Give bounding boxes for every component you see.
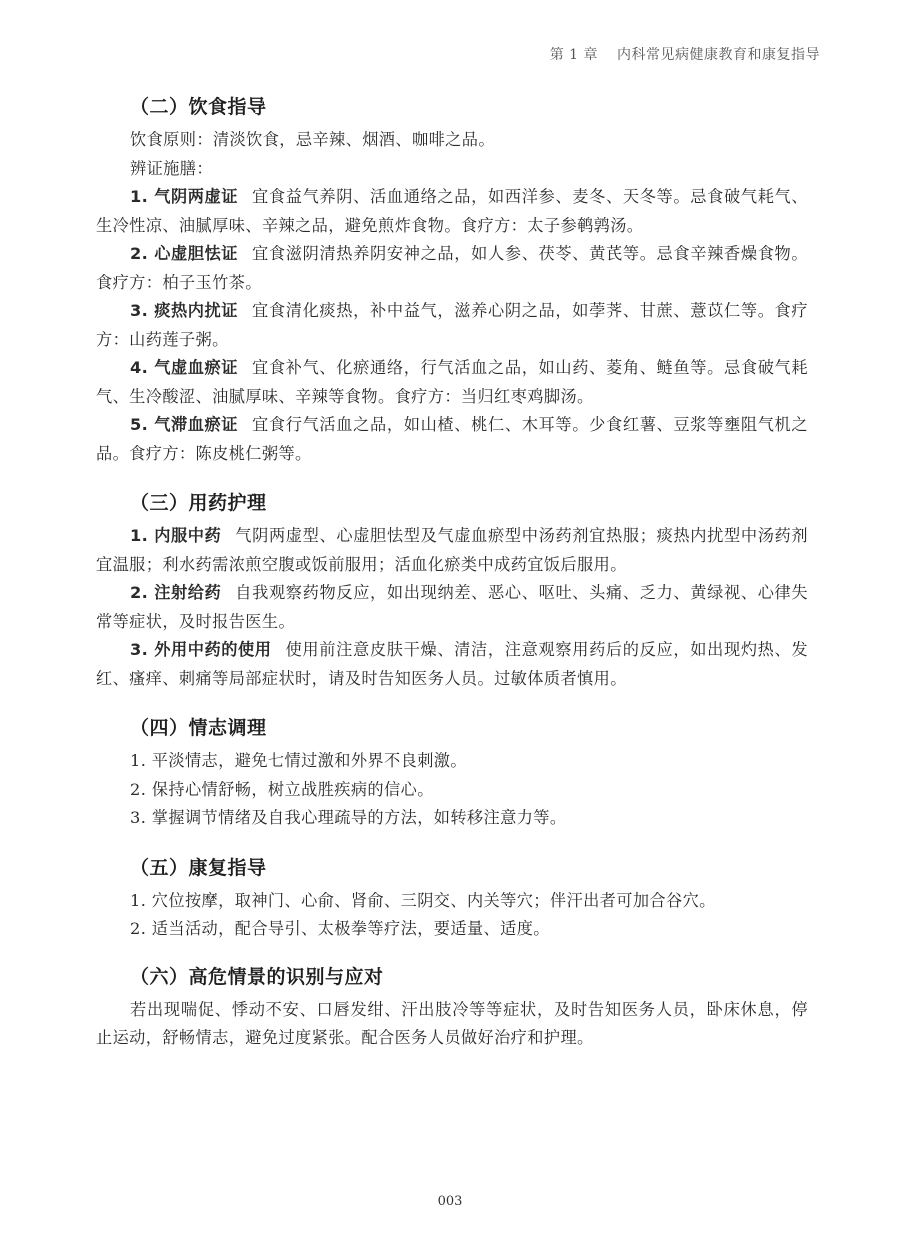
list-item: 2. 保持心情舒畅，树立战胜疾病的信心。 [96, 776, 808, 805]
list-item: 4. 气虚血瘀证宜食补气、化瘀通络，行气活血之品，如山药、菱角、鲢鱼等。忌食破气… [96, 354, 808, 411]
list-item: 2. 心虚胆怯证宜食滋阴清热养阴安神之品，如人参、茯苓、黄芪等。忌食辛辣香燥食物… [96, 240, 808, 297]
item-lead: 2. 注射给药 [130, 583, 221, 602]
list-item: 3. 掌握调节情绪及自我心理疏导的方法，如转移注意力等。 [96, 804, 808, 833]
paragraph: 饮食原则：清淡饮食，忌辛辣、烟酒、咖啡之品。 [96, 126, 808, 155]
list-item: 2. 适当活动，配合导引、太极拳等疗法，要适量、适度。 [96, 915, 808, 944]
list-item: 1. 内服中药气阴两虚型、心虚胆怯型及气虚血瘀型中汤药剂宜热服；痰热内扰型中汤药… [96, 522, 808, 579]
list-item: 2. 注射给药自我观察药物反应，如出现纳差、恶心、呕吐、头痛、乏力、黄绿视、心律… [96, 579, 808, 636]
section-diet: （二）饮食指导 饮食原则：清淡饮食，忌辛辣、烟酒、咖啡之品。 辨证施膳： 1. … [96, 92, 808, 468]
list-item: 1. 平淡情志，避免七情过激和外界不良刺激。 [96, 747, 808, 776]
item-lead: 2. 心虚胆怯证 [130, 244, 238, 263]
list-item: 3. 外用中药的使用使用前注意皮肤干燥、清洁，注意观察用药后的反应，如出现灼热、… [96, 636, 808, 693]
chapter-label: 第 1 章 [550, 47, 598, 63]
item-lead: 5. 气滞血瘀证 [130, 415, 238, 434]
section-risk: （六）高危情景的识别与应对 若出现喘促、悸动不安、口唇发绀、汗出肢冷等等症状，及… [96, 962, 808, 1053]
item-lead: 1. 气阴两虚证 [130, 187, 238, 206]
section-heading: （二）饮食指导 [96, 92, 808, 122]
section-heading: （六）高危情景的识别与应对 [96, 962, 808, 992]
section-heading: （三）用药护理 [96, 488, 808, 518]
item-lead: 3. 痰热内扰证 [130, 301, 238, 320]
page-content: （二）饮食指导 饮食原则：清淡饮食，忌辛辣、烟酒、咖啡之品。 辨证施膳： 1. … [96, 92, 808, 1053]
page-number: 003 [0, 1194, 900, 1209]
chapter-title: 内科常见病健康教育和康复指导 [617, 47, 820, 63]
list-item: 1. 穴位按摩，取神门、心俞、肾俞、三阴交、内关等穴；伴汗出者可加合谷穴。 [96, 887, 808, 916]
list-item: 3. 痰热内扰证宜食清化痰热，补中益气，滋养心阴之品，如荸荠、甘蔗、薏苡仁等。食… [96, 297, 808, 354]
item-lead: 3. 外用中药的使用 [130, 640, 272, 659]
list-item: 5. 气滞血瘀证宜食行气活血之品，如山楂、桃仁、木耳等。少食红薯、豆浆等壅阻气机… [96, 411, 808, 468]
paragraph: 辨证施膳： [96, 155, 808, 184]
section-heading: （四）情志调理 [96, 713, 808, 743]
item-lead: 1. 内服中药 [130, 526, 221, 545]
section-emotion: （四）情志调理 1. 平淡情志，避免七情过激和外界不良刺激。 2. 保持心情舒畅… [96, 713, 808, 833]
section-heading: （五）康复指导 [96, 853, 808, 883]
item-lead: 4. 气虚血瘀证 [130, 358, 238, 377]
section-rehab: （五）康复指导 1. 穴位按摩，取神门、心俞、肾俞、三阴交、内关等穴；伴汗出者可… [96, 853, 808, 944]
list-item: 1. 气阴两虚证宜食益气养阴、活血通络之品，如西洋参、麦冬、天冬等。忌食破气耗气… [96, 183, 808, 240]
section-medication: （三）用药护理 1. 内服中药气阴两虚型、心虚胆怯型及气虚血瘀型中汤药剂宜热服；… [96, 488, 808, 693]
running-header: 第 1 章 内科常见病健康教育和康复指导 [550, 44, 820, 64]
paragraph: 若出现喘促、悸动不安、口唇发绀、汗出肢冷等等症状，及时告知医务人员，卧床休息，停… [96, 996, 808, 1053]
